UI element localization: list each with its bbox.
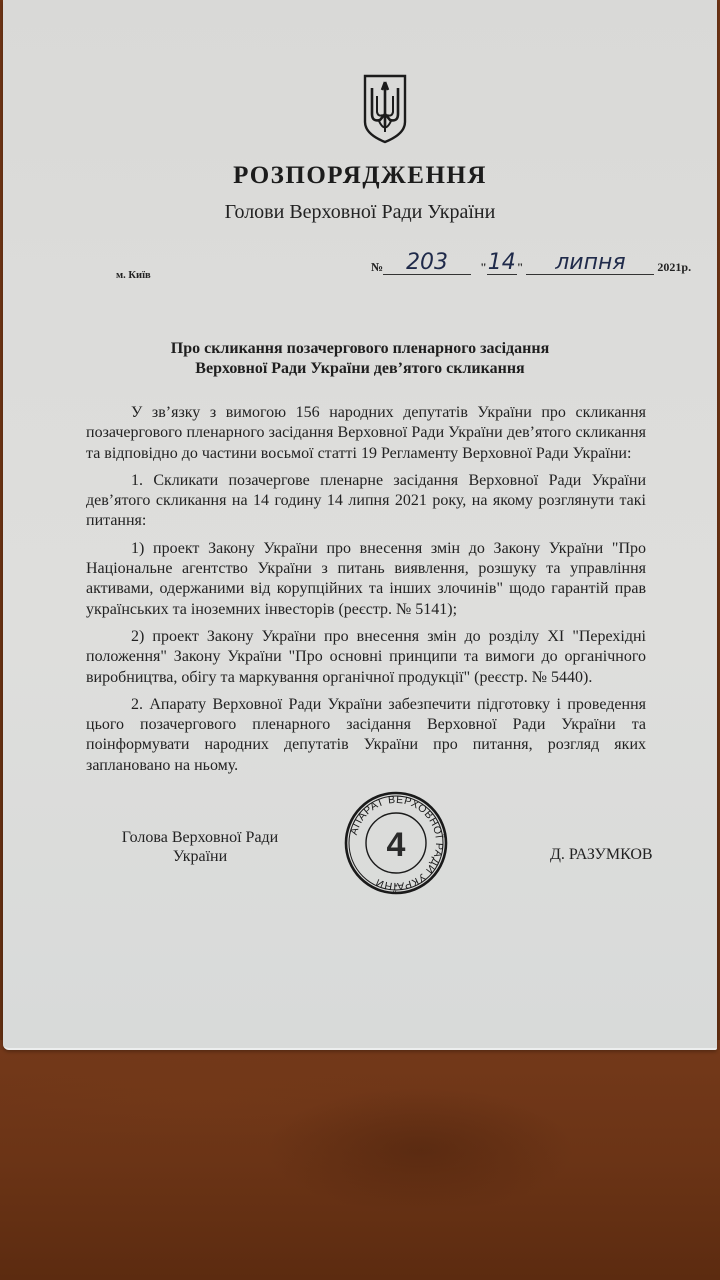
quote-open: " [480, 260, 487, 274]
coat-of-arms-trident-icon [362, 74, 408, 144]
signatory-position: Голова Верховної Ради України [110, 828, 290, 866]
year-prefix: 202 [657, 260, 675, 274]
number-label: № [371, 260, 383, 274]
document-title: РОЗПОРЯДЖЕННЯ [0, 162, 720, 190]
wooden-table-background [0, 1040, 720, 1280]
document-heading: Про скликання позачергового пленарного з… [0, 339, 720, 379]
year-suffix: 1р. [675, 260, 691, 274]
heading-line-1: Про скликання позачергового пленарного з… [0, 339, 720, 359]
paragraph-item-2: 2. Апарату Верховної Ради України забезп… [86, 695, 646, 776]
heading-line-2: Верховної Ради України дев’ятого скликан… [0, 359, 720, 379]
registration-line: №203 "14"липня2021р. [371, 252, 691, 275]
document-subtitle: Голови Верховної Ради України [0, 201, 720, 224]
paragraph-subitem-1: 1) проект Закону України про внесення зм… [86, 539, 646, 620]
paragraph-preamble: У зв’язку з вимогою 156 народних депутат… [86, 403, 646, 464]
order-number: 203 [383, 252, 471, 275]
paragraph-subitem-2: 2) проект Закону України про внесення зм… [86, 627, 646, 688]
city-label: м. Київ [116, 270, 151, 281]
signatory-position-line-1: Голова Верховної Ради [110, 828, 290, 847]
order-month: липня [526, 252, 654, 275]
quote-close: " [517, 260, 524, 274]
order-day: 14 [487, 252, 517, 275]
seal-star: * [394, 883, 397, 892]
seal-center-number: 4 [387, 826, 406, 864]
official-seal-stamp: АПАРАТ ВЕРХОВНОЇ РАДИ УКРАЇНИ 4 * [343, 790, 449, 896]
signatory-position-line-2: України [110, 847, 290, 866]
signatory-name: Д. РАЗУМКОВ [550, 846, 653, 864]
paragraph-item-1: 1. Скликати позачергове пленарне засідан… [86, 471, 646, 532]
document-body: У зв’язку з вимогою 156 народних депутат… [86, 403, 646, 783]
